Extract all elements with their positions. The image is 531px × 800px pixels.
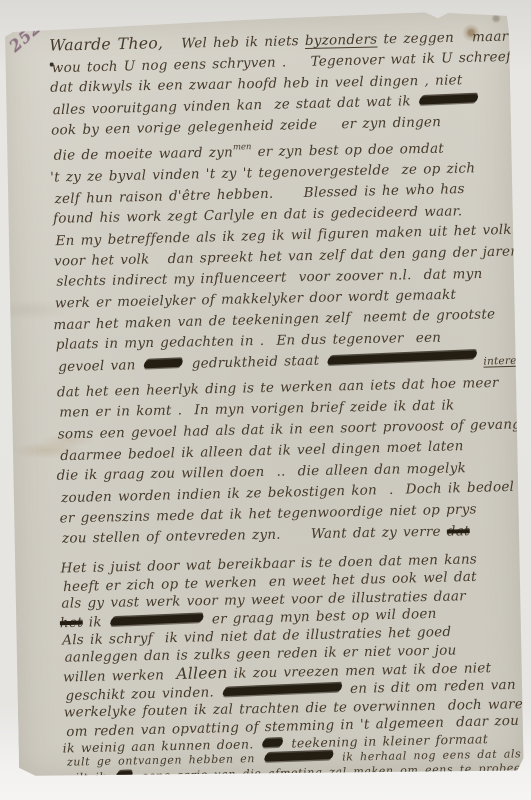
letter-page: 252 Waarde Theo, Wel heb ik niets byzond…: [3, 11, 525, 782]
text-segment: interessanter wordt,: [483, 353, 531, 368]
crossed-out-ink-blot: [115, 770, 133, 779]
crossed-out-ink-blot: [143, 359, 183, 369]
crossed-out-ink-blot: [261, 738, 283, 747]
text-segment: die de moeite waard zyn: [54, 144, 234, 163]
text-segment: Alleen: [176, 663, 228, 683]
text-segment: willen werken: [63, 667, 177, 685]
crossed-out-ink-blot: [263, 751, 334, 761]
text-segment: byzonders: [305, 31, 378, 49]
text-segment: het: [60, 615, 83, 632]
text-segment: wilt ik: [65, 770, 113, 784]
archive-number-annotation: 252: [5, 17, 45, 55]
text-segment: zult ge ontvangen hebben en: [67, 752, 262, 769]
letter-lines: Waarde Theo, Wel heb ik niets byzonders …: [49, 25, 516, 786]
text-segment: ik herhaal nog eens dat als gy: [335, 747, 531, 764]
text-segment: Waarde Theo,: [49, 33, 163, 54]
crossed-out-ink-blot: [327, 350, 478, 364]
text-segment: te zeggen maar ik: [377, 28, 527, 47]
text-segment: en is dit om reden van: [344, 677, 516, 697]
text-segment: gevoel van: [58, 357, 142, 375]
text-segment: zou stellen of ontevreden zyn. Want dat …: [62, 524, 447, 547]
scan-background: 252 Waarde Theo, Wel heb ik niets byzond…: [0, 0, 531, 800]
text-segment: ik: [83, 614, 108, 631]
crossed-out-ink-blot: [222, 683, 343, 696]
crossed-out-ink-blot: [109, 614, 204, 626]
text-segment: gedruktheid staat: [185, 353, 325, 372]
text-segment: er zyn best op doe omdat: [251, 141, 444, 161]
text-segment: men er in komt . In myn vorigen brief ze…: [59, 397, 454, 420]
text-segment: men: [233, 142, 252, 152]
crossed-out-ink-blot: [419, 94, 480, 105]
text-segment: dat: [447, 523, 470, 539]
text-segment: Wel heb ik niets: [163, 33, 305, 52]
